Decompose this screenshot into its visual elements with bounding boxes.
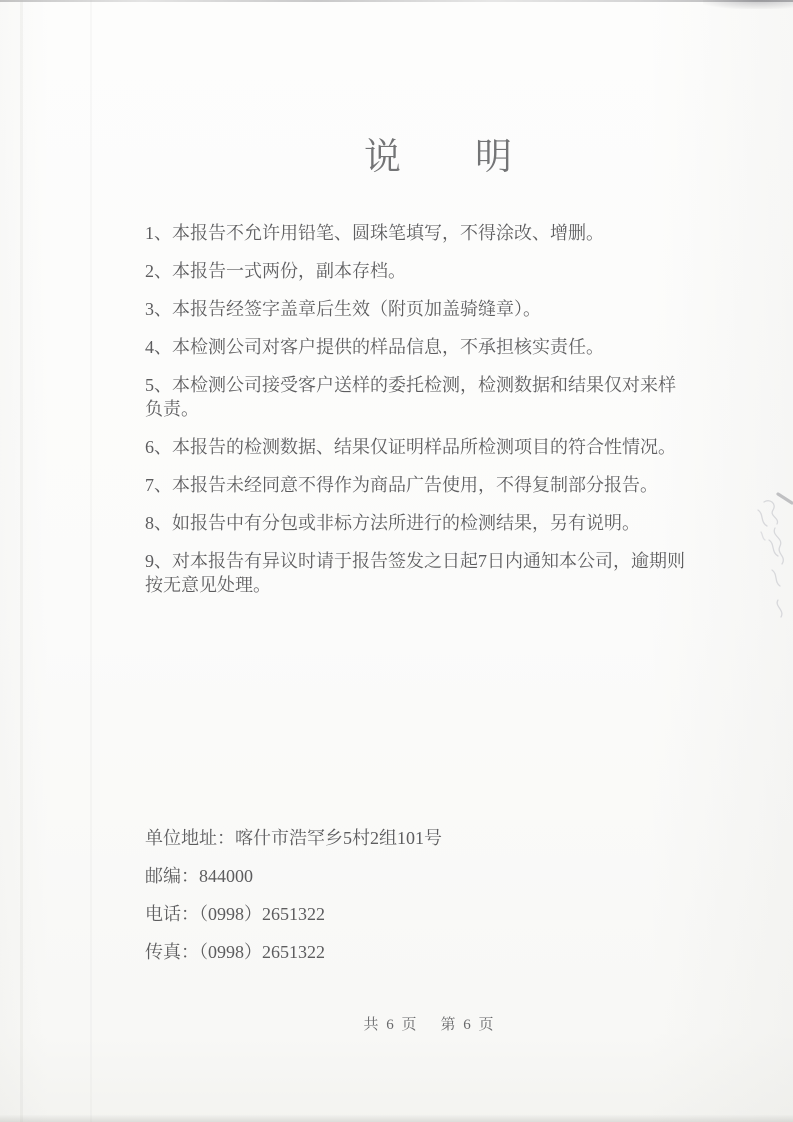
note-item-2: 2、本报告一式两份，副本存档。 [145, 259, 730, 283]
notes-list: 1、本报告不允许用铅笔、圆珠笔填写，不得涂改、增删。 2、本报告一式两份，副本存… [145, 221, 730, 611]
scan-edge-top-artifact [0, 0, 793, 2]
page-footer: 共 6 页 第 6 页 [33, 1013, 793, 1034]
note-item-1: 1、本报告不允许用铅笔、圆珠笔填写，不得涂改、增删。 [145, 221, 730, 245]
note-item-7: 7、本报告未经同意不得作为商品广告使用，不得复制部分报告。 [145, 473, 730, 497]
note-item-6: 6、本报告的检测数据、结果仅证明样品所检测项目的符合性情况。 [145, 435, 730, 459]
scan-edge-bottom-artifact [0, 1115, 793, 1122]
note-item-5: 5、本检测公司接受客户送样的委托检测，检测数据和结果仅对来样 负责。 [145, 373, 730, 421]
note-item-8: 8、如报告中有分包或非标方法所进行的检测结果，另有说明。 [145, 511, 730, 535]
contact-fax: 传真：（0998）2651322 [145, 940, 442, 964]
contact-address: 单位地址：喀什市浩罕乡5村2组101号 [145, 826, 442, 850]
document-page: 说 明 1、本报告不允许用铅笔、圆珠笔填写，不得涂改、增删。 2、本报告一式两份… [0, 0, 793, 1122]
contact-phone: 电话：（0998）2651322 [145, 902, 442, 926]
scan-band-artifact [90, 0, 92, 1122]
scan-band-artifact [20, 0, 23, 1122]
scan-smudge-topright-artifact [703, 0, 793, 9]
page-title: 说 明 [364, 126, 512, 180]
note-item-3: 3、本报告经签字盖章后生效（附页加盖骑缝章）。 [145, 297, 730, 321]
contact-block: 单位地址：喀什市浩罕乡5村2组101号 邮编：844000 电话：（0998）2… [145, 826, 442, 978]
note-item-4: 4、本检测公司对客户提供的样品信息，不承担核实责任。 [145, 335, 730, 359]
current-page-label: 第 6 页 [441, 1013, 496, 1034]
note-item-9: 9、对本报告有异议时请于报告签发之日起7日内通知本公司，逾期则 按无意见处理。 [145, 549, 730, 597]
contact-postcode: 邮编：844000 [145, 864, 442, 888]
scan-artifact-stamp-bleed [751, 478, 793, 643]
total-pages-label: 共 6 页 [363, 1013, 418, 1034]
